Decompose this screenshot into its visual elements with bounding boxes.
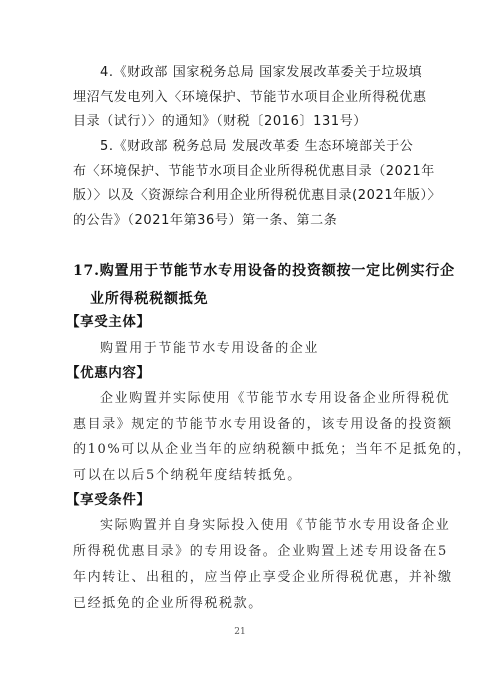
benefit-text-line-1: 企业购置并实际使用《节能节水专用设备企业所得税优	[100, 390, 450, 408]
subsection-label-beneficiary: 【享受主体】	[66, 313, 151, 331]
subsection-label-benefit-content: 【优惠内容】	[66, 364, 151, 382]
subsection-label-conditions: 【享受条件】	[66, 491, 151, 509]
beneficiary-text-line-1: 购置用于节能节水专用设备的企业	[100, 340, 319, 358]
benefit-text-line-4: 可以在以后5个纳税年度结转抵免。	[73, 467, 302, 485]
item-4-line-2: 埋沼气发电列入〈环境保护、节能节水项目企业所得税优惠	[73, 89, 427, 107]
benefit-text-line-3: 的10%可以从企业当年的应纳税额中抵免；当年不足抵免的，	[73, 441, 472, 459]
conditions-text-line-4: 已经抵免的企业所得税税款。	[73, 595, 263, 613]
benefit-text-line-2: 惠目录》规定的节能节水专用设备的，该专用设备的投资额	[73, 416, 453, 434]
item-5-line-4: 的公告》（2021年第36号）第一条、第二条	[73, 212, 337, 230]
item-5-line-2: 布〈环境保护、节能节水项目企业所得税优惠目录（2021年	[73, 163, 435, 181]
item-4-line-1: 4.《财政部 国家税务总局 国家发展改革委关于垃圾填	[100, 64, 422, 82]
section-heading-line-2: 业所得税税额抵免	[90, 290, 208, 308]
page-number: 21	[0, 627, 480, 637]
conditions-text-line-2: 所得税优惠目录》的专用设备。企业购置上述专用设备在5	[73, 543, 448, 561]
item-4-line-3: 目录（试行）〉的通知》（财税〔2016〕131号）	[73, 113, 367, 131]
document-page: 4.《财政部 国家税务总局 国家发展改革委关于垃圾填 埋沼气发电列入〈环境保护、…	[0, 0, 480, 678]
conditions-text-line-1: 实际购置并自身实际投入使用《节能节水专用设备企业	[100, 517, 450, 535]
item-5-line-3: 版）〉以及〈资源综合利用企业所得税优惠目录(2021年版）〉	[73, 187, 441, 205]
conditions-text-line-3: 年内转让、出租的，应当停止享受企业所得税优惠，并补缴	[73, 569, 453, 587]
section-heading-line-1: 17.购置用于节能节水专用设备的投资额按一定比例实行企	[73, 262, 455, 280]
item-5-line-1: 5.《财政部 税务总局 发展改革委 生态环境部关于公	[100, 138, 413, 156]
